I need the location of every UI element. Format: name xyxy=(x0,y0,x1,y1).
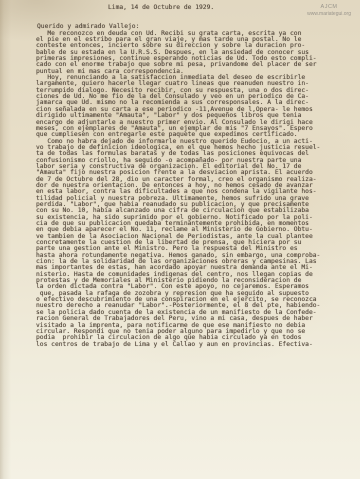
letter-paragraph-1: Me reconozco en deuda con Ud. Recibi su … xyxy=(36,31,336,75)
letter-date: Lima, 14 de Octubre de 1929. xyxy=(108,5,336,11)
letter-paragraph-3: Como no habra dejado de informarle nuest… xyxy=(36,139,336,348)
letter-paragraph-2: Hoy, renunciando a la satisfaccion inmed… xyxy=(36,75,336,138)
letter-body: Lima, 14 de Octubre de 1929. Querido y a… xyxy=(0,0,336,348)
scanned-letter-page: AJCM www.mariategui.org Lima, 14 de Octu… xyxy=(0,0,360,479)
